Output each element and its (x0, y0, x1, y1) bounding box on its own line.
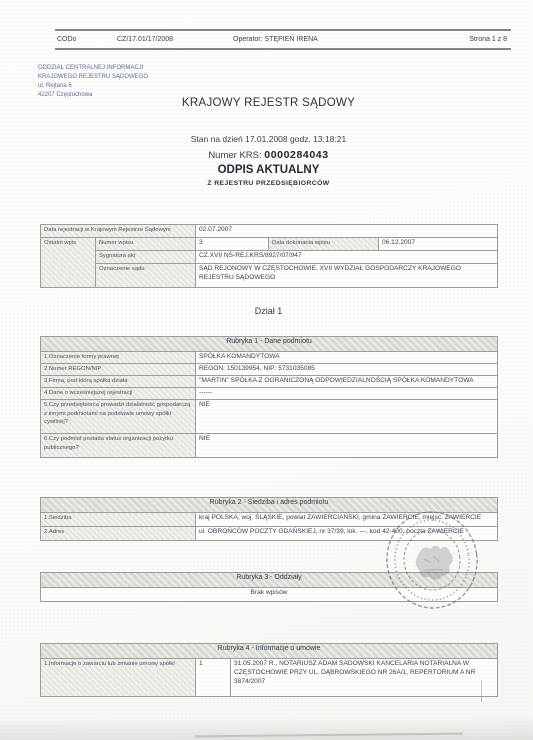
sender-line-3: ul. Rejtana 6 (38, 82, 148, 91)
sender-line-2: KRAJOWEGO REJESTRU SĄDOWEGO (38, 73, 148, 82)
document-title: KRAJOWY REJESTR SĄDOWY (40, 97, 497, 109)
sender-line-1: ODDZIAŁ CENTRALNEJ INFORMACJI (38, 64, 148, 73)
scanned-krs-document-page: CODo CZ/17.01/17/2008 Operator: STĘPIEŃ … (0, 0, 533, 740)
row-value: NIE (196, 400, 498, 434)
registration-table: Data rejestracji w Krajowym Rejestrze Są… (40, 224, 498, 288)
row-label: 2.Numer REGON/NIP (41, 364, 196, 376)
signature-label: Sygnatura akt (96, 251, 196, 264)
rubryka-1-table: Rubryka 1 - Dane podmiotu 1.Oznaczenie f… (40, 336, 498, 458)
entry-number-label: Numer wpisu (96, 238, 196, 251)
row-label: 5.Czy przedsiębiorca prowadzi działalnoś… (41, 400, 196, 434)
signature-value: CZ.XVII NS-REJ.KRS/8927/07/947 (196, 251, 498, 264)
table-row: Data rejestracji w Krajowym Rejestrze Są… (41, 225, 498, 238)
entry-date-value: 06.12.2007 (379, 238, 498, 251)
table-row: 5.Czy przedsiębiorca prowadzi działalnoś… (41, 400, 498, 434)
rubryka-1-title: Rubryka 1 - Dane podmiotu (41, 337, 498, 352)
table-row: Ostatni wpis Numer wpisu 3 Data dokonani… (41, 238, 498, 251)
court-value: SĄD REJONOWY W CZĘSTOCHOWIE, XVII WYDZIA… (196, 264, 498, 288)
row-label: 2.Adres (41, 527, 196, 541)
table-row: 1.Oznaczenie formy prawnej SPÓŁKA KOMAND… (41, 352, 498, 364)
row-value: NIE (196, 434, 498, 458)
table-row: 6.Czy podmiot posiada status organizacji… (41, 434, 498, 458)
sender-address-block: ODDZIAŁ CENTRALNEJ INFORMACJI KRAJOWEGO … (38, 64, 148, 100)
row-value: REGON: 150139954, NIP: 5731035085 (196, 364, 498, 376)
page-edge-shadow-line (195, 733, 463, 738)
table-row: Oznaczenie sądu SĄD REJONOWY W CZĘSTOCHO… (41, 264, 498, 288)
table-header-row: Rubryka 1 - Dane podmiotu (41, 337, 498, 352)
court-label: Oznaczenie sądu (96, 264, 196, 288)
row-value: ------ (196, 388, 498, 400)
official-round-stamp-icon (375, 502, 489, 619)
row-label: 4.Dane o wcześniejszej rejestracji (41, 388, 196, 400)
reg-date-label: Data rejestracji w Krajowym Rejestrze Są… (41, 225, 196, 238)
document-type-title: ODPIS AKTUALNY (40, 164, 497, 176)
row-value: SPÓŁKA KOMANDYTOWA (196, 352, 498, 364)
krs-number: 0000284043 (264, 149, 328, 161)
rubryka-4-table: Rubryka 4 - Informacje o umowie 1.Inform… (40, 643, 498, 697)
table-header-row: Rubryka 4 - Informacje o umowie (41, 644, 498, 659)
row-label: 1.Siedziba (41, 513, 196, 527)
krs-number-line: Numer KRS: 0000284043 (40, 149, 497, 161)
last-entry-label: Ostatni wpis (41, 238, 96, 288)
section-title-dzial-1: Dział 1 (40, 306, 497, 316)
table-row: 2.Numer REGON/NIP REGON: 150139954, NIP:… (41, 364, 498, 376)
row-value: 31.05.2007 R., NOTARIUSZ ADAM SADOWSKI K… (231, 659, 498, 697)
entry-date-label: Data dokonania wpisu (269, 238, 379, 251)
table-row: 3.Firma, pod którą spółka działa "MARTIN… (41, 376, 498, 388)
rubryka-4-title: Rubryka 4 - Informacje o umowie (41, 644, 498, 659)
row-label: 1.Oznaczenie formy prawnej (41, 352, 196, 364)
header-reference-number: CZ/17.01/17/2008 (117, 31, 173, 48)
status-date-line: Stan na dzień 17.01.2008 godz. 13:18:21 (40, 134, 497, 144)
krs-label: Numer KRS: (208, 150, 261, 161)
table-row: Sygnatura akt CZ.XVII NS-REJ.KRS/8927/07… (41, 251, 498, 264)
row-label: 3.Firma, pod którą spółka działa (41, 376, 196, 388)
entry-number-value: 3 (196, 238, 269, 251)
row-label: 6.Czy podmiot posiada status organizacji… (41, 434, 196, 458)
reg-date-value: 02.07.2007 (196, 225, 498, 238)
row-value: "MARTIN" SPÓŁKA Z OGRANICZONĄ ODPOWIEDZI… (196, 376, 498, 388)
document-subtype-title: Z REJESTRU PRZEDSIĘBIORCÓW (40, 180, 497, 187)
document-header-strip: CODo CZ/17.01/17/2008 Operator: STĘPIEŃ … (55, 29, 511, 50)
header-operator: Operator: STĘPIEŃ IRENA (233, 31, 318, 48)
header-code-label: CODo (57, 31, 76, 48)
scan-artifact-line (481, 680, 482, 702)
table-row: 1.Informacje o zawarciu lub zmianie umow… (41, 659, 498, 697)
row-entry-number: 1 (196, 659, 231, 697)
row-label: 1.Informacje o zawarciu lub zmianie umow… (41, 659, 196, 697)
header-page-number: Strona 1 z 8 (469, 31, 507, 48)
table-row: 4.Dane o wcześniejszej rejestracji -----… (41, 388, 498, 400)
